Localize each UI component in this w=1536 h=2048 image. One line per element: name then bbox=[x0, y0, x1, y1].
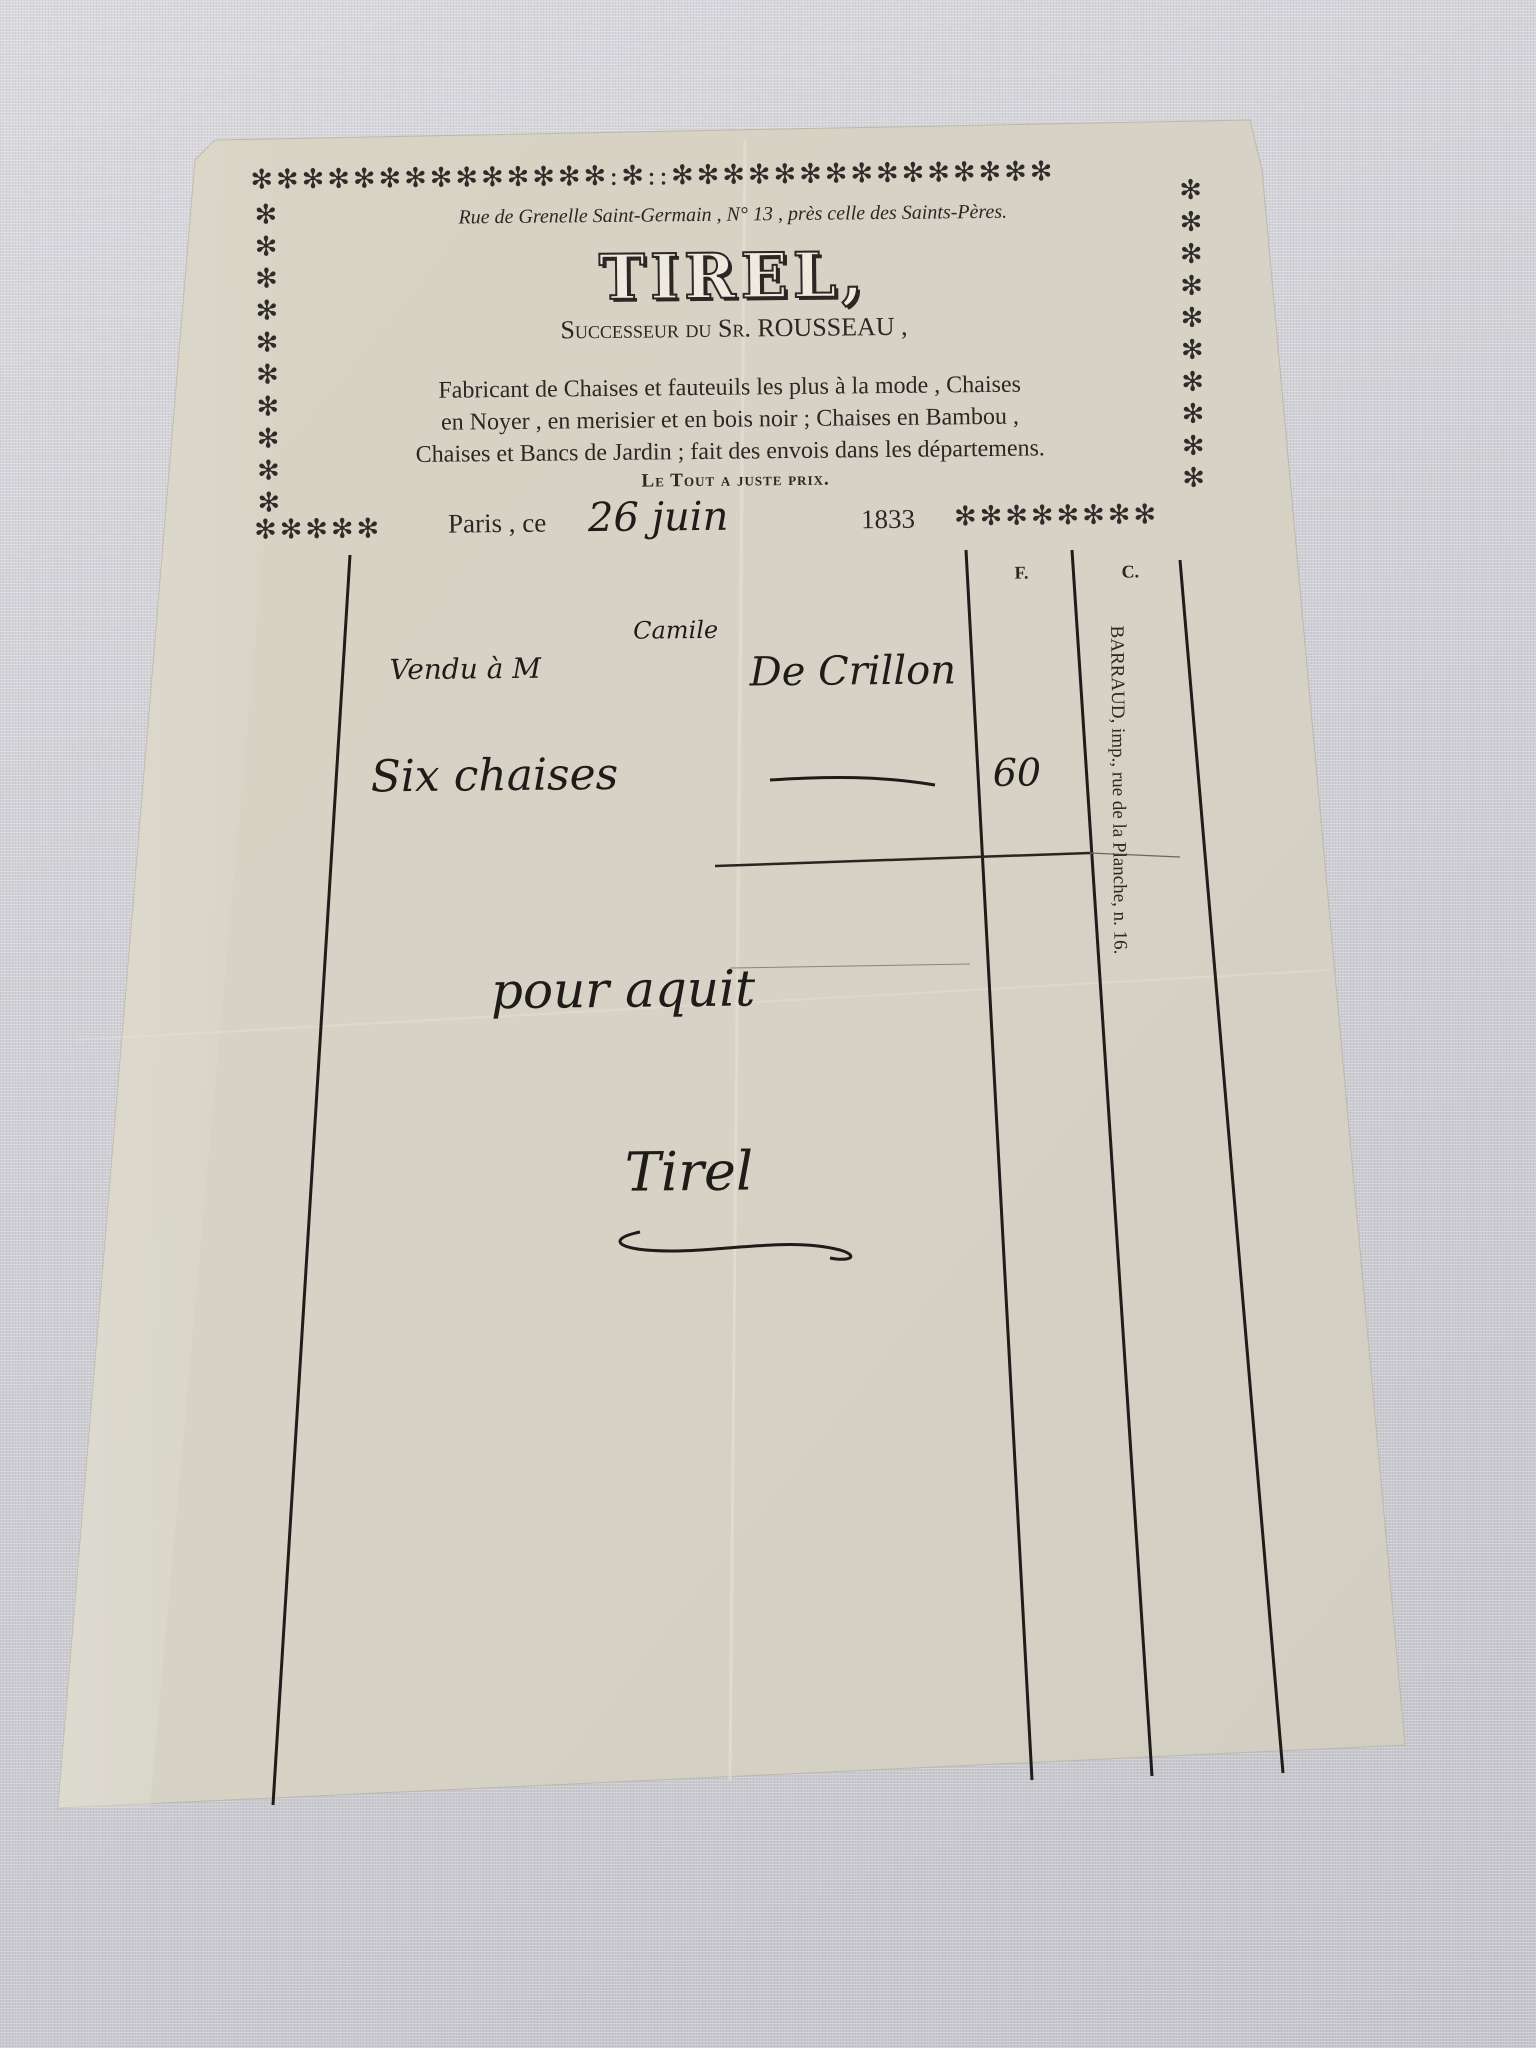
document-content: ✻✻✻✻✻✻✻✻✻✻✻✻✻✻:✻::✻✻✻✻✻✻✻✻✻✻✻✻✻✻✻ ✻ ✻ ✻ … bbox=[0, 0, 1536, 2048]
border-right-ornament: ✻ ✻ ✻ ✻ ✻ ✻ ✻ ✻ ✻ ✻ bbox=[1175, 175, 1208, 495]
signature: Tirel bbox=[625, 1139, 754, 1203]
sold-to-label: Vendu à M bbox=[389, 652, 541, 687]
merchant-address: Rue de Grenelle Saint-Germain , N° 13 , … bbox=[323, 199, 1143, 231]
receipt-note: pour aquit bbox=[491, 959, 756, 1020]
business-description: Fabricant de Chaises et fauteuils les pl… bbox=[294, 367, 1165, 472]
handwritten-date: 26 juin bbox=[588, 494, 729, 541]
line-item-francs: 60 bbox=[992, 750, 1041, 795]
customer-surname: De Crillon bbox=[749, 647, 956, 695]
place-prefix: Paris , ce bbox=[448, 508, 547, 540]
border-left-ornament: ✻ ✻ ✻ ✻ ✻ ✻ ✻ ✻ ✻ ✻ bbox=[251, 199, 284, 519]
printed-year: 1833 bbox=[861, 504, 915, 536]
flower-icon: ✻✻✻✻✻✻✻✻✻✻✻✻✻✻:✻::✻✻✻✻✻✻✻✻✻✻✻✻✻✻✻ bbox=[250, 156, 1055, 195]
border-bottom-right-ornament: ✻✻✻✻✻✻✻✻ bbox=[954, 501, 1159, 530]
column-header-francs: F. bbox=[1014, 563, 1028, 584]
column-header-centimes: C. bbox=[1121, 561, 1139, 582]
merchant-name: TIREL, bbox=[323, 235, 1144, 317]
printer-imprint: BARRAUD, imp., rue de la Planche, n. 16. bbox=[1105, 626, 1130, 955]
customer-first-name: Camile bbox=[633, 616, 718, 645]
border-top-ornament: ✻✻✻✻✻✻✻✻✻✻✻✻✻✻:✻::✻✻✻✻✻✻✻✻✻✻✻✻✻✻✻ bbox=[250, 158, 1055, 193]
line-item-description: Six chaises bbox=[370, 749, 618, 803]
border-bottom-left-ornament: ✻✻✻✻✻ bbox=[254, 515, 382, 543]
